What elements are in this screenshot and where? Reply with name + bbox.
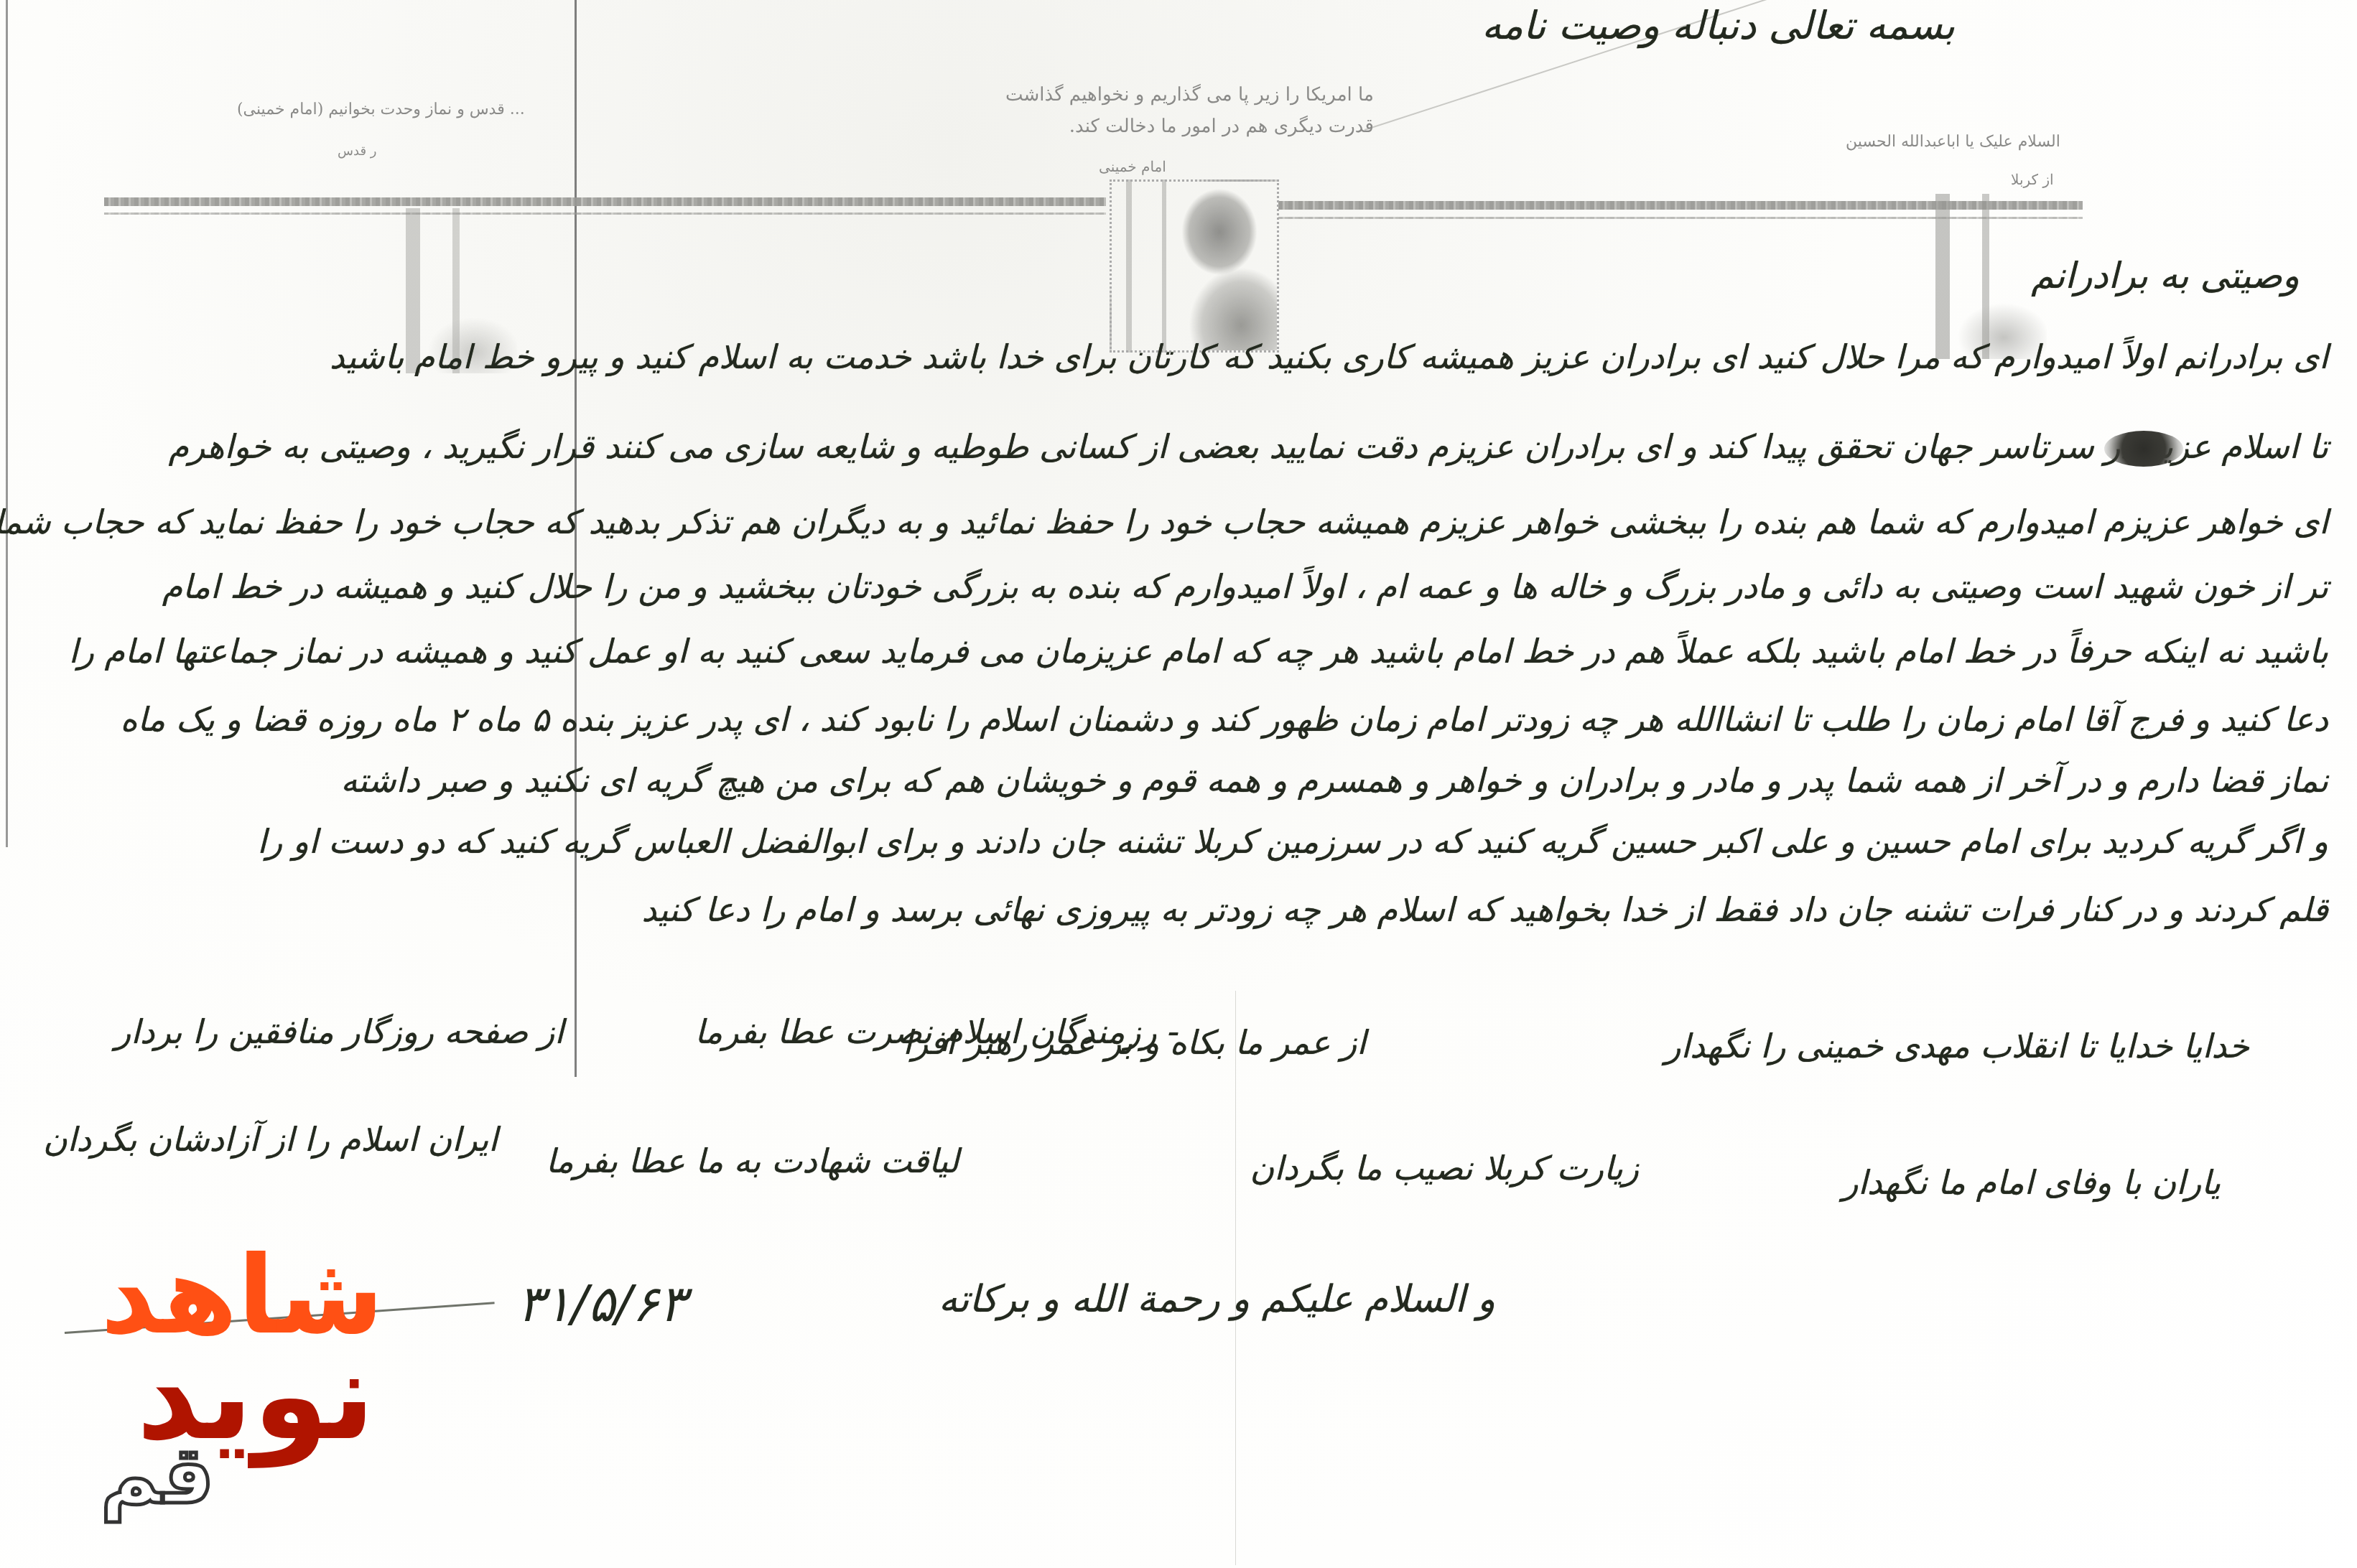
body-line: تا اسلام عزیز در سرتاسر جهان تحقق پیدا ک… (168, 427, 2328, 466)
verse-hemistich: یاران با وفای امام ما نگهدار (1842, 1163, 2221, 1202)
document-date: ۳۱/۵/۶۳ (517, 1274, 686, 1333)
body-line: تر از خون شهید است وصیتی به دائی و مادر … (162, 567, 2328, 606)
body-line: باشید نه اینکه حرفاً در خط امام باشید بل… (69, 632, 2328, 671)
letterhead-rule (104, 197, 1106, 206)
letterhead-left-quote: ... قدس و نماز وحدت بخوانیم (امام خمینی) (237, 101, 525, 118)
letterhead-quote-line-2: قدرت دیگری هم در امور ما دخالت کند. (1005, 111, 1374, 142)
verse-hemistich: از صفحه روزگار منافقین را بردار (115, 1012, 564, 1051)
body-line: ای برادرانم اولاً امیدوارم که مرا حلال ک… (330, 337, 2328, 376)
section-heading: وصیتی به برادرانم (2031, 255, 2300, 297)
verse-hemistich: لیاقت شهادت به ما عطا بفرما (546, 1142, 959, 1180)
body-line: دعا کنید و فرج آقا امام زمان را طلب تا ا… (121, 700, 2329, 739)
body-line: ای خواهر عزیزم امیدوارم که شما هم بنده ر… (0, 503, 2328, 541)
watermark-logo: شاهد نوید قم (101, 1242, 417, 1529)
closing-salutation: و السلام علیکم و رحمة الله و برکاته (939, 1278, 1495, 1321)
letterhead-right-quote: السلام علیک یا اباعبدالله الحسین (1846, 133, 2060, 151)
portrait-image (1110, 179, 1279, 353)
letterhead-rule (104, 213, 1106, 215)
body-line: نماز قضا دارم و در آخر از همه شما پدر و … (340, 761, 2328, 800)
ink-scribble (2104, 431, 2183, 467)
verse-hemistich: زیارت کربلا نصیب ما بگردان (1250, 1149, 1639, 1187)
watermark-city: قم (101, 1436, 214, 1515)
verse-hemistich: ایران اسلام را از آزادشان بگردان (43, 1120, 498, 1159)
body-line: قلم کردند و در کنار فرات تشنه جان داد فق… (641, 890, 2328, 929)
letterhead-quote: ما امریکا را زیر پا می گذاریم و نخواهیم … (1005, 79, 1374, 142)
page-edge-line (6, 0, 8, 847)
letterhead-right-caption: از کربلا (2011, 171, 2054, 188)
document-title: بسمه تعالی دنباله وصیت نامه (1482, 3, 1955, 48)
verse-hemistich: خدایا خدایا تا انقلاب مهدی خمینی را نگهد… (1665, 1027, 2249, 1065)
letterhead-quote-author: امام خمینی (1099, 158, 1166, 175)
verse-hemistich: - رزمندگان اسلام نصرت عطا بفرما (695, 1012, 1179, 1051)
letterhead-left-caption: ر قدس (338, 144, 376, 159)
shrine-image-right (1903, 194, 2047, 359)
body-line: و اگر گریه کردید برای امام حسین و علی اک… (257, 822, 2328, 861)
letterhead-quote-line-1: ما امریکا را زیر پا می گذاریم و نخواهیم … (1005, 79, 1374, 111)
